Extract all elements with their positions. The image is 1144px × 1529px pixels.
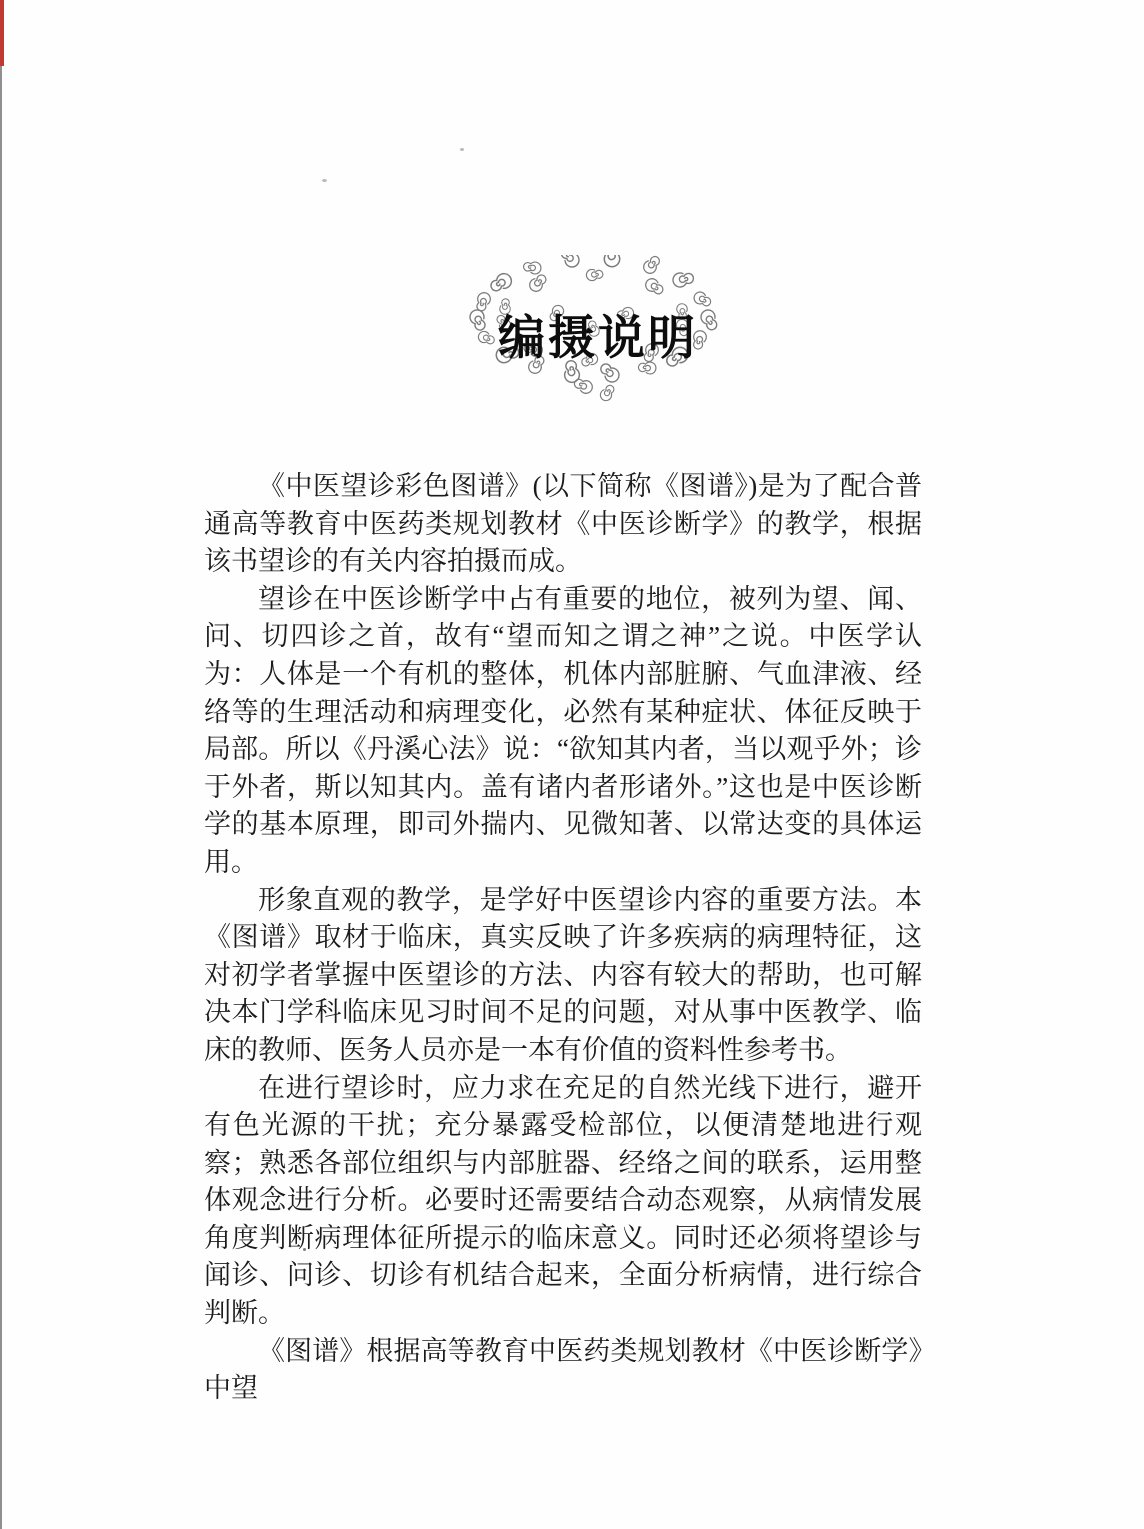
scan-edge-line [0,0,2,1529]
page-title: 编摄说明 [460,301,736,368]
paragraph-practice: 在进行望诊时，应力求在充足的自然光线下进行，避开有色光源的干扰；充分暴露受检部位… [204,1070,922,1333]
scan-speck [460,148,464,151]
title-emblem: 编摄说明 [460,255,736,415]
body-text-block: 《中医望诊彩色图谱》(以下简称《图谱》)是为了配合普通高等教育中医药类规划教材《… [204,468,922,1408]
scan-speck [322,179,327,182]
paragraph-intro: 《中医望诊彩色图谱》(以下简称《图谱》)是为了配合普通高等教育中医药类规划教材《… [204,468,922,581]
paragraph-teaching: 形象直观的教学，是学好中医望诊内容的重要方法。本《图谱》取材于临床，真实反映了许… [204,882,922,1070]
paragraph-continued: 《图谱》根据高等教育中医药类规划教材《中医诊断学》中望 [204,1333,922,1408]
paragraph-wangzhen: 望诊在中医诊断学中占有重要的地位，被列为望、闻、问、切四诊之首，故有“望而知之谓… [204,581,922,882]
scanned-book-page: 编摄说明 《中医望诊彩色图谱》(以下简称《图谱》)是为了配合普通高等教育中医药类… [0,0,1144,1529]
red-edge-mark [0,0,4,66]
